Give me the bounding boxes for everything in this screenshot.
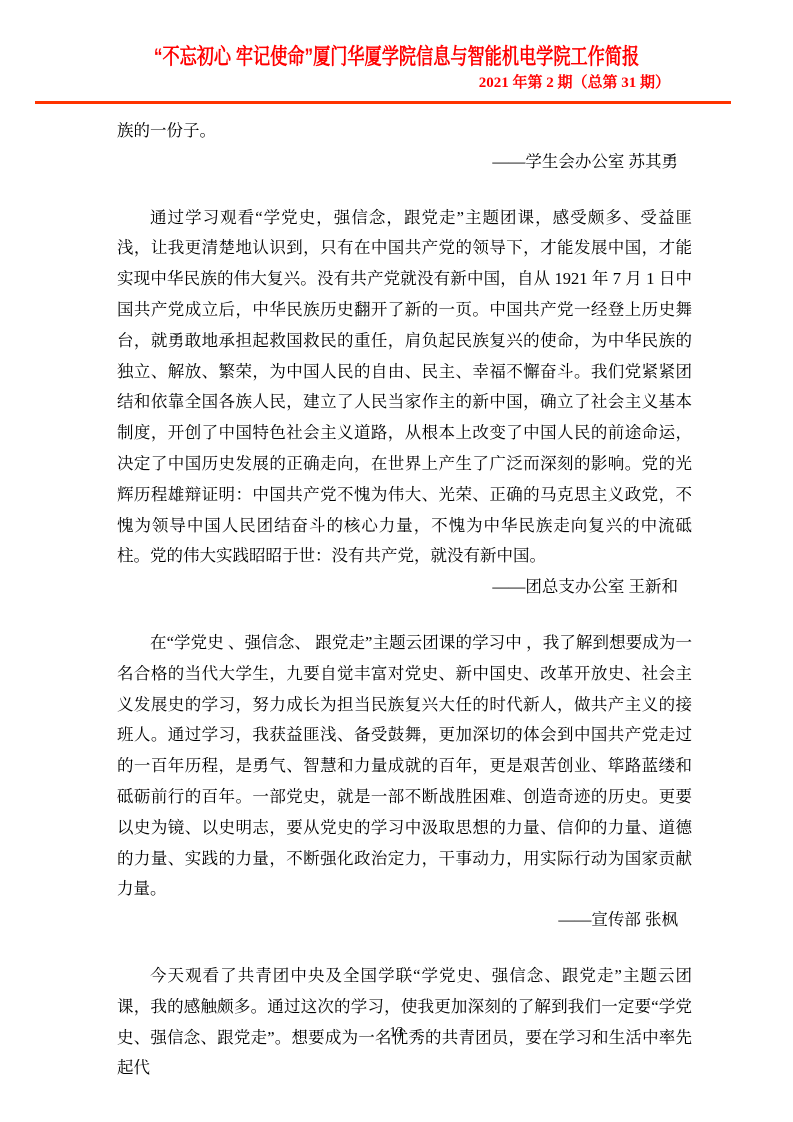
attribution-propaganda-department: ——宣传部 张枫 <box>117 905 692 936</box>
paragraph-league-class-reflection-3: 今天观看了共青团中央及全国学联“学党史、强信念、跟党走”主题云团课，我的感触颇多… <box>117 961 692 1084</box>
paragraph-league-class-reflection-1: 通过学习观看“学党史，强信念，跟党走”主题团课，感受颇多、受益匪浅，让我更清楚地… <box>117 203 692 573</box>
issue-number-line: 2021 年第 2 期（总第 31 期） <box>0 73 793 93</box>
bulletin-title: “不忘初心 牢记使命”厦门华厦学院信息与智能机电学院工作简报 <box>87 44 706 70</box>
page-number: 13 <box>0 1025 793 1041</box>
attribution-league-branch-office: ——团总支办公室 王新和 <box>117 572 692 603</box>
paragraph-league-class-reflection-2: 在“学党史 、强信念、 跟党走”主题云团课的学习中 ，我了解到想要成为一名合格的… <box>117 628 692 905</box>
document-body: 族的一份子。 ——学生会办公室 苏其勇 通过学习观看“学党史，强信念，跟党走”主… <box>0 104 793 1084</box>
bulletin-header: “不忘初心 牢记使命”厦门华厦学院信息与智能机电学院工作简报 2021 年第 2… <box>0 0 793 104</box>
document-page: “不忘初心 牢记使命”厦门华厦学院信息与智能机电学院工作简报 2021 年第 2… <box>0 0 793 1122</box>
attribution-student-union-office: ——学生会办公室 苏其勇 <box>117 147 692 178</box>
paragraph-continuation: 族的一份子。 <box>117 116 692 147</box>
